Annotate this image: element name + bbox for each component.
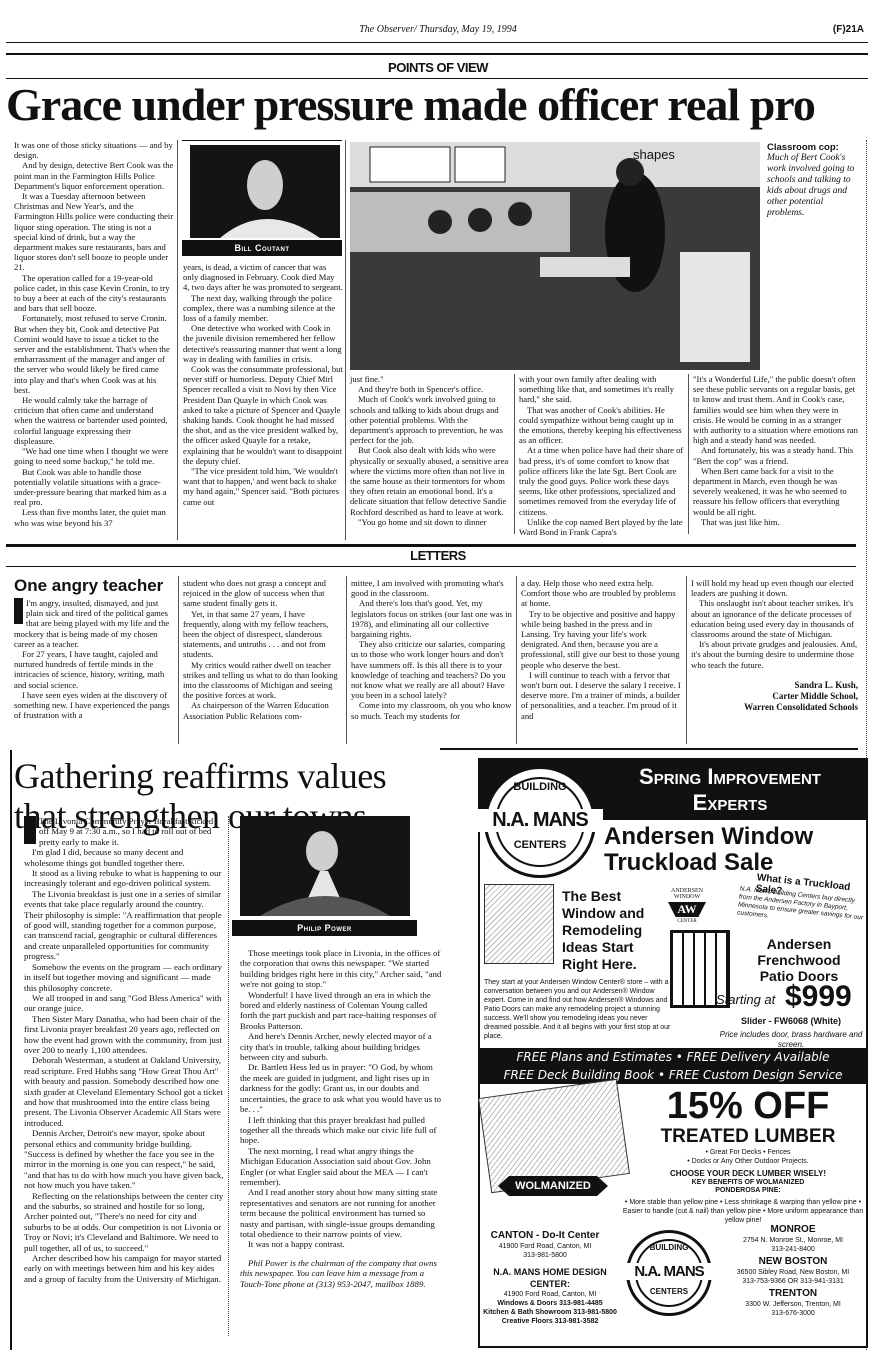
photo-caption: Classroom cop: Much of Bert Cook's work … [767, 142, 862, 219]
headline-line1: Gathering reaffirms values [14, 756, 386, 796]
masthead-rule [6, 42, 868, 43]
letter-col4: a day. Help those who need extra help. C… [521, 578, 683, 721]
paragraph: At a time when police have had their sha… [519, 445, 684, 516]
paragraph: "It's a Wonderful Life," the public does… [693, 374, 858, 445]
portrait-icon [190, 145, 340, 238]
ad-header-line2: Experts [600, 790, 860, 816]
letters-section-title: LETTERS [0, 548, 876, 563]
drop-cap [14, 598, 23, 624]
paragraph: He would calmly take the barrage of crit… [14, 395, 174, 446]
free-services-banner-line1: FREE Plans and Estimates • FREE Delivery… [480, 1048, 866, 1066]
column-divider [514, 374, 515, 534]
discount-item: TREATED LUMBER [630, 1126, 866, 1148]
page-edge-line [10, 750, 12, 1350]
paragraph: That was just like him. [693, 517, 858, 527]
classroom-photo: shapes [350, 142, 760, 370]
section-title: POINTS OF VIEW [0, 60, 876, 75]
paragraph: Cook was the consummate professional, bu… [183, 364, 343, 466]
column-divider [178, 576, 179, 744]
paragraph: I will continue to teach with a fervor t… [521, 670, 683, 721]
paragraph: When Bert came back for a visit to the d… [693, 466, 858, 517]
paragraph: Much of Cook's work involved going to sc… [350, 394, 510, 445]
paragraph: Somehow the events on the program — each… [24, 962, 224, 993]
paragraph: The operation called for a 19-year-old p… [14, 273, 174, 314]
paragraph: Come into my classroom, oh you who know … [351, 700, 513, 720]
letters-rule-end [440, 748, 858, 750]
nams-advertisement: Spring Improvement Experts BUILDING N.A.… [478, 758, 868, 1348]
article2-col1: The Livonia Community Prayer Breakfast k… [24, 816, 224, 1284]
paragraph: student who does not grasp a concept and… [183, 578, 343, 609]
logo-bottom-arc: CENTERS [487, 839, 593, 851]
remodeling-illustration [484, 884, 554, 964]
caption-label: Classroom cop: [767, 142, 862, 153]
signature-school: Carter Middle School, [691, 691, 858, 702]
paragraph: Archer described how his campaign for ma… [24, 1253, 224, 1284]
paragraph: with your own family after dealing with … [519, 374, 684, 405]
paragraph: And there's lots that's good. Yet, my le… [351, 598, 513, 639]
paragraph: "We had one time when I thought we were … [14, 446, 174, 466]
column-divider [346, 576, 347, 744]
free-services-banner-line2: FREE Deck Building Book • FREE Custom De… [480, 1066, 866, 1084]
letter-col5: I will hold my head up even though our e… [691, 578, 858, 713]
section-rule-top [6, 53, 868, 55]
letter-col3: mittee, I am involved with promoting wha… [351, 578, 513, 721]
letter-title: One angry teacher [14, 576, 163, 596]
masthead: The Observer/ Thursday, May 19, 1994 (F)… [0, 20, 876, 40]
store-home-design-center: N.A. MANS HOME DESIGN CENTER: 41900 Ford… [480, 1266, 620, 1326]
logo-top-arc: BUILDING [487, 781, 593, 793]
store-canton: CANTON - Do-It Center 41900 Ford Road, C… [480, 1230, 610, 1260]
article1-col2: years, is dead, a victim of cancer that … [183, 262, 343, 507]
paragraph: Reflecting on the relationships between … [24, 1191, 224, 1253]
benefits-title: KEY BENEFITS OF WOLMANIZED PONDEROSA PIN… [670, 1179, 826, 1195]
logo-name: N.A. MANS [477, 809, 603, 832]
columnist-name-label: Bill Coutant [182, 240, 342, 256]
paragraph: And here's Dennis Archer, newly elected … [240, 1031, 445, 1062]
paragraph: I have seen eyes widen at the discovery … [14, 690, 174, 721]
paragraph: I'm glad I did, because so many decent a… [24, 847, 224, 868]
paragraph: It stood as a living rebuke to what is h… [24, 868, 224, 889]
paragraph: But Cook also dealt with kids who were p… [350, 445, 510, 516]
paragraph: a day. Help those who need extra help. C… [521, 578, 683, 609]
column-divider [686, 576, 687, 744]
article1-col5: "It's a Wonderful Life," the public does… [693, 374, 858, 527]
article2-col2: Those meetings took place in Livonia, in… [240, 948, 445, 1289]
paragraph: For 27 years, I have taught, cajoled and… [14, 649, 174, 690]
column-divider [345, 140, 346, 540]
wolmanized-badge: WOLMANIZED [498, 1176, 608, 1196]
columnist-name-label: Philip Power [232, 920, 417, 936]
author-bio: Phil Power is the chairman of the compan… [240, 1258, 445, 1289]
nams-logo-small-icon: BUILDING N.A. MANS CENTERS [626, 1230, 712, 1316]
paragraph: They also criticize our salaries, compar… [351, 639, 513, 700]
photo-sign: shapes [633, 147, 675, 162]
paragraph: The next morning, I read what angry thin… [240, 1146, 445, 1188]
paragraph: One detective who worked with Cook in th… [183, 323, 343, 364]
paragraph: "The vice president told him, 'We wouldn… [183, 466, 343, 507]
nams-logo-icon: BUILDING N.A. MANS CENTERS [484, 766, 596, 878]
article1-col4: with your own family after dealing with … [519, 374, 684, 537]
paragraph: And they're both in Spencer's office. [350, 384, 510, 394]
signature-name: Sandra L. Kush, [691, 680, 858, 691]
article1-col1: It was one of those sticky situations — … [14, 140, 174, 528]
columnist-photo-bill-coutant [190, 145, 340, 238]
ad-body-text: They start at your Andersen Window Cente… [484, 978, 674, 1041]
ad-header-line1: Spring Improvement [600, 764, 860, 790]
paragraph: I will hold my head up even though our e… [691, 578, 858, 598]
store-monroe: MONROE 2754 N. Monroe St., Monroe, MI 31… [720, 1224, 866, 1254]
letter-col2: student who does not grasp a concept and… [183, 578, 343, 721]
discount: 15% OFF [630, 1086, 866, 1126]
paragraph: Wonderful! I have lived through an era i… [240, 990, 445, 1032]
paragraph: But Cook was able to handle those potent… [14, 467, 174, 508]
classroom-scene-icon [350, 142, 760, 370]
andersen-badge-icon: ANDERSEN WINDOW AW CENTER [658, 888, 716, 924]
starting-at-label: Starting at [716, 992, 775, 1007]
paragraph: Those meetings took place in Livonia, in… [240, 948, 445, 990]
portrait-icon [240, 816, 410, 916]
paragraph: Unlike the cop named Bert played by the … [519, 517, 684, 537]
article1-col3: just fine." And they're both in Spencer'… [350, 374, 510, 527]
paragraph: And I read another story about how many … [240, 1187, 445, 1239]
paragraph: It's about private grudges and jealousie… [691, 639, 858, 670]
store-trenton: TRENTON 3300 W. Jefferson, Trenton, MI 3… [720, 1288, 866, 1318]
paragraph: It was not a happy contrast. [240, 1239, 445, 1249]
paragraph: I'm angry, insulted, dismayed, and just … [14, 598, 174, 649]
article1-headline: Grace under pressure made officer real p… [6, 82, 815, 128]
paragraph: "You go home and sit down to dinner [350, 517, 510, 527]
paragraph: It was one of those sticky situations — … [14, 140, 174, 160]
paragraph: We all trooped in and sang "God Bless Am… [24, 993, 224, 1014]
uses-line1: • Great For Decks • Fences [630, 1148, 866, 1157]
date-line: The Observer/ Thursday, May 19, 1994 [0, 24, 876, 35]
letter-signature: Sandra L. Kush, Carter Middle School, Wa… [691, 680, 858, 713]
ad-headline1: Andersen Window [604, 824, 813, 850]
paragraph: The Livonia Community Prayer Breakfast k… [24, 816, 224, 847]
paragraph: Then Sister Mary Danatha, who had been c… [24, 1014, 224, 1056]
uses-line2: • Docks or Any Other Outdoor Projects. [630, 1157, 866, 1166]
photo-rule [182, 140, 342, 141]
paragraph: Dennis Archer, Detroit's new mayor, spok… [24, 1128, 224, 1190]
columnist-photo-philip-power [240, 816, 410, 916]
paragraph: And fortunately, his was a steady hand. … [693, 445, 858, 465]
paragraph: That was another of Cook's abilities. He… [519, 405, 684, 446]
door-title: Andersen Frenchwood Patio Doors [734, 936, 864, 984]
price: $999 [785, 980, 852, 1014]
choose-wisely: CHOOSE YOUR DECK LUMBER WISELY! [630, 1169, 866, 1178]
column-divider [516, 576, 517, 744]
store-new-boston: NEW BOSTON 36500 Sibley Road, New Boston… [720, 1256, 866, 1286]
letters-rule-bottom [6, 566, 856, 567]
paragraph: Less than five months later, the quiet m… [14, 507, 174, 527]
benefits-list: • More stable than yellow pine • Less sh… [620, 1198, 866, 1225]
model-number: Slider - FW6068 (White) [716, 1016, 866, 1026]
paragraph: As chairperson of the Warren Education A… [183, 700, 343, 720]
paragraph: I left thinking that this prayer breakfa… [240, 1115, 445, 1146]
best-window-text: The Best Window and Remodeling Ideas Sta… [562, 888, 644, 973]
paragraph: Fortunately, most refused to serve Croni… [14, 313, 174, 395]
paragraph: just fine." [350, 374, 510, 384]
paragraph: And by design, detective Bert Cook was t… [14, 160, 174, 191]
letters-rule-top [6, 544, 856, 547]
column-divider [228, 816, 229, 1336]
price-note: Price includes door, brass hardware and … [716, 1030, 866, 1050]
paragraph: mittee, I am involved with promoting wha… [351, 578, 513, 598]
paragraph: The Livonia breakfast is just one in a s… [24, 889, 224, 962]
caption-text: Much of Bert Cook's work involved going … [767, 153, 854, 218]
paragraph: This onslaught isn't about teacher strik… [691, 598, 858, 639]
paragraph: Deborah Westerman, a student at Oakland … [24, 1055, 224, 1128]
paragraph: It was a Tuesday afternoon between Chris… [14, 191, 174, 273]
drop-cap [24, 816, 36, 844]
paragraph: The next day, walking through the police… [183, 293, 343, 324]
signature-district: Warren Consolidated Schools [691, 702, 858, 713]
paragraph: Try to be objective and positive and hap… [521, 609, 683, 670]
ad-headline2: Truckload Sale [604, 850, 773, 876]
paragraph: Yet, in that same 27 years, I have frequ… [183, 609, 343, 660]
page-number: (F)21A [833, 24, 864, 35]
letter-col1: I'm angry, insulted, dismayed, and just … [14, 598, 174, 720]
paragraph: Dr. Bartlett Hess led us in prayer: "O G… [240, 1062, 445, 1114]
column-divider [688, 374, 689, 534]
column-divider [177, 140, 178, 540]
paragraph: years, is dead, a victim of cancer that … [183, 262, 343, 293]
paragraph: My critics would rather dwell on teacher… [183, 660, 343, 701]
